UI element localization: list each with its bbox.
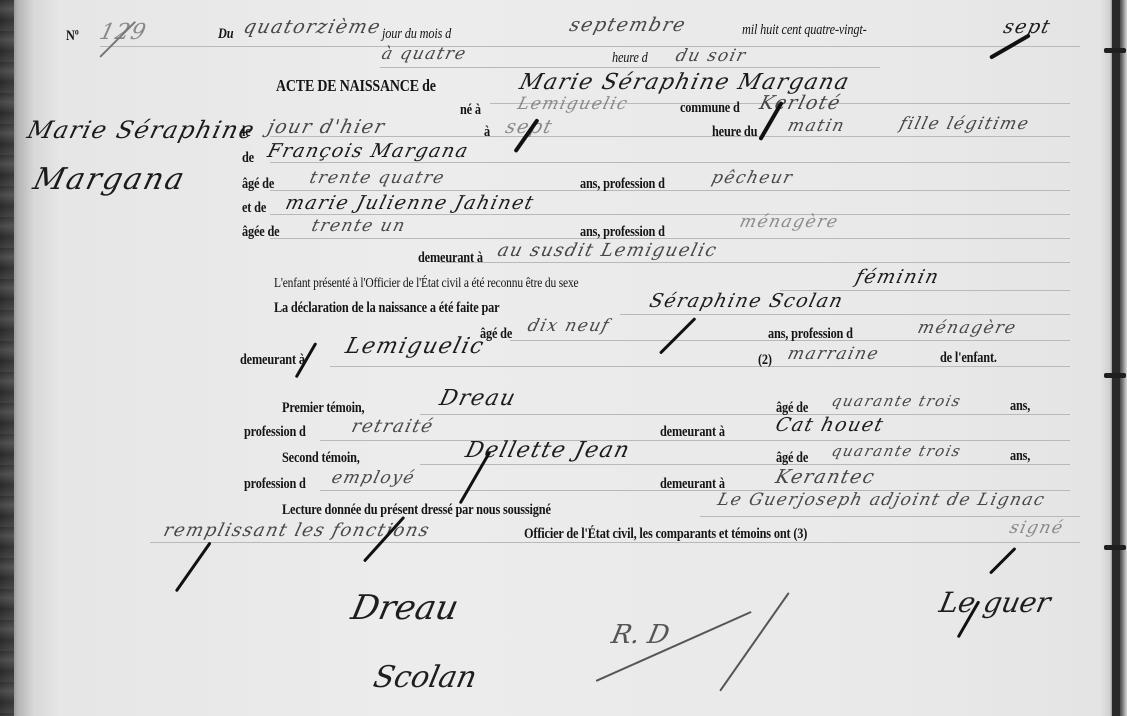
label-prof-father: ans, profession d bbox=[580, 176, 665, 193]
label-commune: commune d bbox=[680, 100, 740, 117]
day-value: quatorzième bbox=[241, 16, 383, 38]
witness2-profession: employé bbox=[330, 468, 418, 488]
witness2-residence: Kerantec bbox=[773, 466, 878, 488]
witness1-name: Dreau bbox=[437, 386, 519, 411]
footnote-2: (2) bbox=[758, 352, 772, 369]
sex-value: féminin bbox=[853, 266, 942, 288]
birth-period-value: matin bbox=[786, 116, 848, 136]
label-agee-de: âgée de bbox=[242, 224, 279, 241]
label-ne-a: né à bbox=[460, 102, 481, 119]
witness1-age: quarante trois bbox=[830, 392, 964, 410]
witness2-prof-label: profession d bbox=[244, 476, 306, 493]
birthplace-value: Lemiguelic bbox=[516, 94, 631, 114]
margin-name-first: Marie Séraphine bbox=[25, 116, 259, 144]
pen-stroke bbox=[659, 317, 696, 354]
label-et-de: et de bbox=[242, 200, 266, 217]
birth-day-value: jour d'hier bbox=[265, 116, 388, 138]
commune-value: Kerloté bbox=[757, 92, 843, 114]
lecture-line: Lecture donnée du présent dressé par nou… bbox=[282, 502, 551, 519]
witness1-label: Premier témoin, bbox=[282, 400, 364, 417]
label-le: le bbox=[242, 124, 251, 141]
month-value: septembre bbox=[567, 14, 689, 36]
margin-name-last: Margana bbox=[30, 162, 190, 197]
register-page: Nº 129 Du quatorzième jour du mois d sep… bbox=[0, 0, 1127, 716]
father-age: trente quatre bbox=[308, 168, 448, 188]
signed-value: signé bbox=[1008, 518, 1067, 538]
witness1-profession: retraité bbox=[349, 416, 436, 437]
edge-marker bbox=[1104, 373, 1126, 378]
edge-marker bbox=[1104, 545, 1126, 550]
number-label: Nº bbox=[66, 28, 79, 45]
officer-name: Le Guerjoseph adjoint de Lignac bbox=[716, 490, 1048, 510]
legitimacy-value: fille légitime bbox=[898, 114, 1032, 134]
declarant-age: dix neuf bbox=[526, 316, 613, 336]
witness1-dem-label: demeurant à bbox=[660, 424, 725, 441]
witness2-label: Second témoin, bbox=[282, 450, 360, 467]
declarant-name: Séraphine Scolan bbox=[647, 290, 846, 312]
signature-le-guer: Le guer bbox=[936, 586, 1053, 619]
label-prof-mother: ans, profession d bbox=[580, 224, 665, 241]
label-year: mil huit cent quatre-vingt- bbox=[742, 22, 867, 39]
declarant-role: marraine bbox=[786, 344, 882, 364]
mother-profession: ménagère bbox=[738, 212, 841, 232]
label-jour: jour du mois d bbox=[382, 26, 451, 43]
declarant-residence: Lemiguelic bbox=[343, 334, 487, 359]
witness2-ans: ans, bbox=[1010, 448, 1030, 465]
label-decl-demeurant: demeurant à bbox=[240, 352, 305, 369]
label-a: à bbox=[484, 124, 490, 141]
label-du: Du bbox=[218, 26, 233, 43]
witness2-age-label: âgé de bbox=[776, 450, 808, 467]
declarant-profession: ménagère bbox=[916, 318, 1019, 338]
label-age-father: âgé de bbox=[242, 176, 274, 193]
mother-age: trente un bbox=[310, 216, 409, 236]
hour-value: à quatre bbox=[380, 44, 470, 64]
edge-marker bbox=[1104, 48, 1126, 53]
signature-scolan: Scolan bbox=[370, 660, 480, 695]
book-binding bbox=[0, 0, 14, 716]
label-decl-prof: ans, profession d bbox=[768, 326, 853, 343]
officier-line: Officier de l'État civil, les comparants… bbox=[524, 526, 807, 543]
pen-stroke bbox=[719, 592, 789, 691]
label-heure-du: heure du bbox=[712, 124, 757, 141]
witness1-prof-label: profession d bbox=[244, 424, 306, 441]
signature-dreau: Dreau bbox=[348, 588, 462, 628]
page-edge bbox=[1112, 0, 1120, 716]
pen-stroke bbox=[175, 541, 212, 592]
mother-name: marie Julienne Jahinet bbox=[283, 192, 537, 214]
hour-period: du soir bbox=[674, 46, 749, 66]
witness2-dem-label: demeurant à bbox=[660, 476, 725, 493]
witness1-ans: ans, bbox=[1010, 398, 1030, 415]
declaration-line: La déclaration de la naissance a été fai… bbox=[274, 300, 499, 317]
label-de-father: de bbox=[242, 150, 254, 167]
witness2-age: quarante trois bbox=[830, 442, 964, 460]
witness1-residence: Cat houet bbox=[773, 414, 886, 436]
label-de-enfant: de l'enfant. bbox=[940, 350, 997, 367]
father-profession: pêcheur bbox=[710, 168, 796, 188]
residence-value: au susdit Lemiguelic bbox=[495, 240, 719, 261]
label-heure: heure d bbox=[612, 50, 648, 67]
pen-stroke bbox=[989, 547, 1017, 575]
sex-line: L'enfant présenté à l'Officier de l'État… bbox=[274, 276, 578, 292]
label-demeurant: demeurant à bbox=[418, 250, 483, 267]
father-name: François Margana bbox=[265, 140, 471, 162]
signature-officer: R. D bbox=[609, 620, 672, 650]
act-title: ACTE DE NAISSANCE de bbox=[276, 76, 436, 96]
